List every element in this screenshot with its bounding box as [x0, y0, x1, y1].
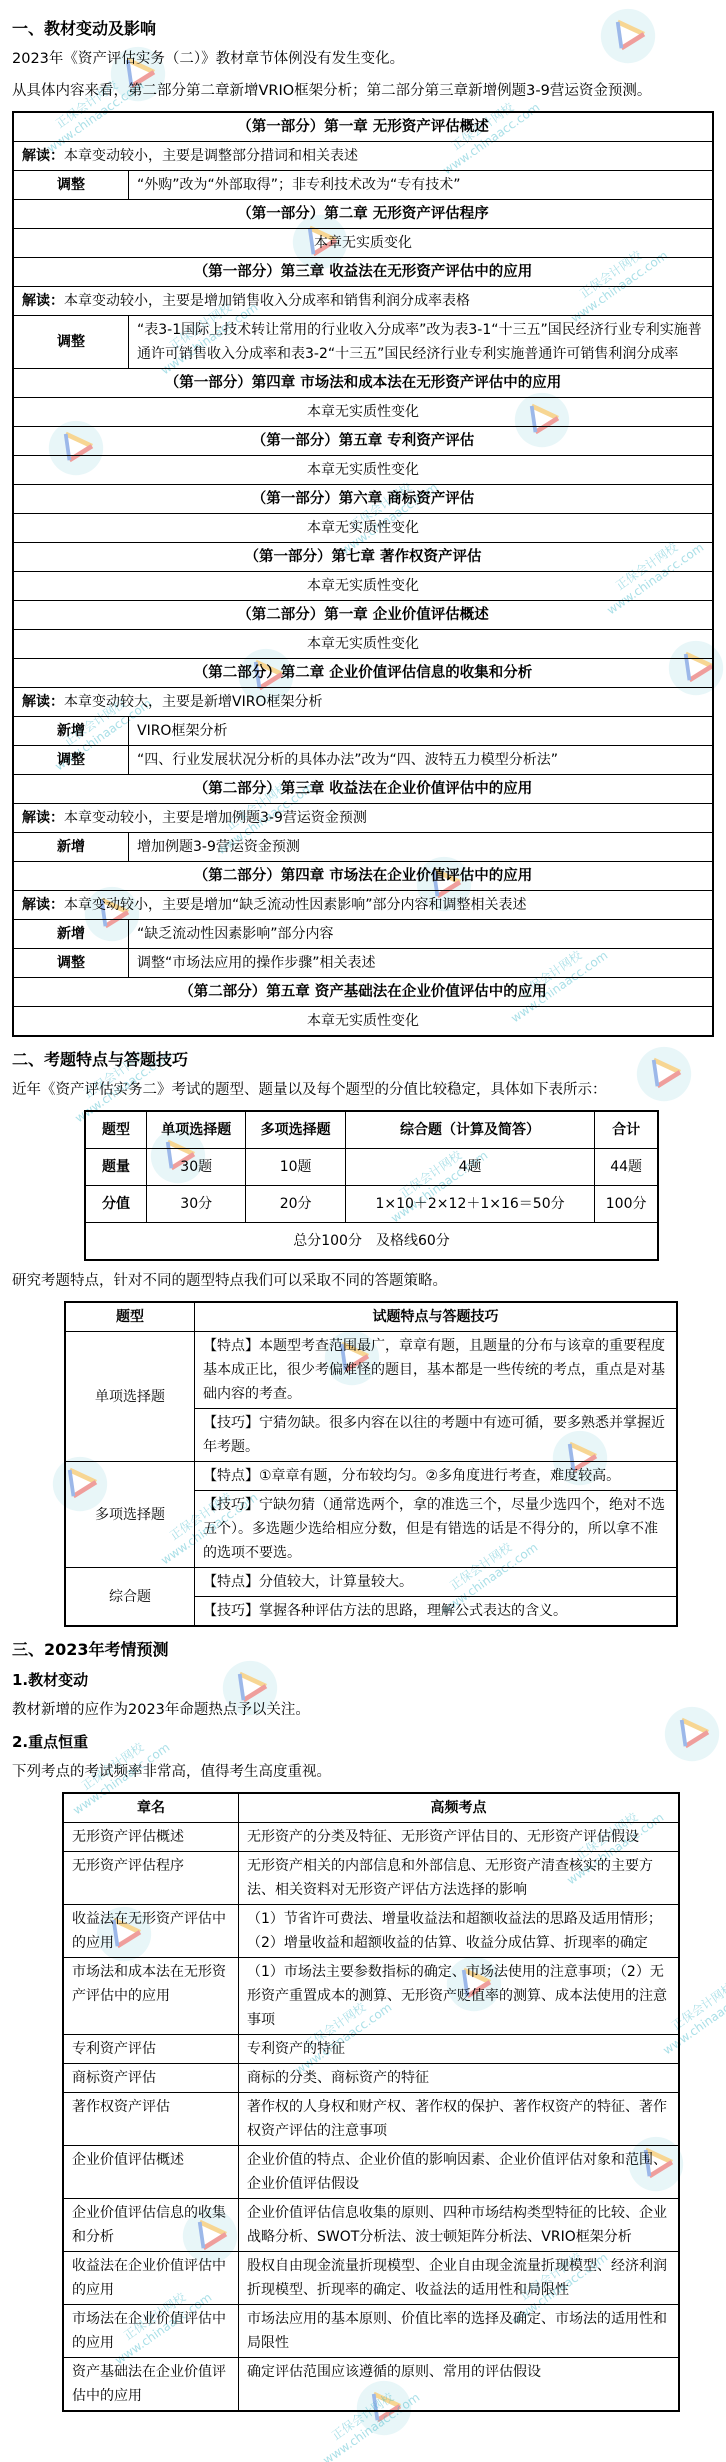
- interpretation-label: 解读：: [22, 293, 64, 309]
- chapter-name-cell: 企业价值评估信息的收集和分析: [63, 2199, 239, 2252]
- tips-header-cell: 题型: [65, 1302, 195, 1332]
- question-type-cell: 综合题: [65, 1568, 195, 1627]
- tips-content-cell: 【技巧】宁缺勿猜（通常选两个，拿的准选三个，尽量少选四个，绝对不选五个）。多选题…: [195, 1491, 678, 1568]
- score-row-label-cell: 分值: [85, 1186, 147, 1223]
- change-content-cell: “四、行业发展状况分析的具体办法”改为“四、波特五力模型分析法”: [129, 746, 714, 775]
- hot-header-cell: 高频考点: [239, 1793, 680, 1823]
- score-value-cell: 4题: [345, 1149, 594, 1186]
- hot-topic-row: 无形资产评估概述无形资产的分类及特征、无形资产评估目的、无形资产评估假设: [63, 1823, 679, 1852]
- score-header-cell: 多项选择题: [246, 1111, 345, 1149]
- interpretation-cell: 解读：本章变动较小，主要是增加“缺乏流动性因素影响”部分内容和调整相关表述: [13, 891, 713, 920]
- chapter-title-cell: （第一部分）第七章 著作权资产评估: [13, 543, 713, 572]
- no-change-row: 本章无实质性变化: [13, 572, 713, 601]
- score-value-cell: 30分: [147, 1186, 246, 1223]
- chapter-name-cell: 企业价值评估概述: [63, 2146, 239, 2199]
- change-content-cell: “外购”改为“外部取得”；非专利技术改为“专有技术”: [129, 171, 714, 200]
- change-type-cell: 新增: [13, 920, 129, 949]
- section3-title: 三、2023年考情预测: [12, 1637, 714, 1660]
- chapter-title-cell: （第一部分）第二章 无形资产评估程序: [13, 200, 713, 229]
- section2-paragraph-2: 研究考题特点，针对不同的题型特点我们可以采取不同的答题策略。: [12, 1269, 714, 1293]
- exam-structure-table: 题型单项选择题多项选择题综合题（计算及简答）合计题量30题10题4题44题分值3…: [84, 1110, 659, 1261]
- change-type-cell: 新增: [13, 833, 129, 862]
- hot-topic-row: 收益法在无形资产评估中的应用（1）节省许可费法、增量收益法和超额收益法的思路及适…: [63, 1905, 679, 1958]
- chapter-heading-row: （第一部分）第四章 市场法和成本法在无形资产评估中的应用: [13, 369, 713, 398]
- interpretation-row: 解读：本章变动较小，主要是增加“缺乏流动性因素影响”部分内容和调整相关表述: [13, 891, 713, 920]
- score-header-cell: 题型: [85, 1111, 147, 1149]
- score-value-cell: 100分: [595, 1186, 658, 1223]
- tips-content-cell: 【特点】①章章有题，分布较均匀。②多角度进行考查，难度较高。: [195, 1462, 678, 1491]
- score-value-cell: 44题: [595, 1149, 658, 1186]
- chapter-heading-row: （第二部分）第四章 市场法在企业价值评估中的应用: [13, 862, 713, 891]
- change-content-cell: “表3-1国际上技术转让常用的行业收入分成率”改为表3-1“十三五”国民经济行业…: [129, 316, 714, 369]
- textbook-change-table: （第一部分）第一章 无形资产评估概述解读：本章变动较小，主要是调整部分措词和相关…: [12, 111, 714, 1037]
- score-value-cell: 1×10＋2×12＋1×16＝50分: [345, 1186, 594, 1223]
- hot-header-row: 章名高频考点: [63, 1793, 679, 1823]
- chapter-name-cell: 收益法在企业价值评估中的应用: [63, 2252, 239, 2305]
- hot-points-cell: 股权自由现金流量折现模型、企业自由现金流量折现模型、经济利润折现模型、折现率的确…: [239, 2252, 680, 2305]
- chapter-name-cell: 著作权资产评估: [63, 2093, 239, 2146]
- interpretation-cell: 解读：本章变动较小，主要是增加销售收入分成率和销售利润分成率表格: [13, 287, 713, 316]
- no-change-cell: 本章无实质性变化: [13, 572, 713, 601]
- chapter-title-cell: （第一部分）第五章 专利资产评估: [13, 427, 713, 456]
- hot-topic-row: 专利资产评估专利资产的特征: [63, 2035, 679, 2064]
- hot-points-cell: 无形资产的分类及特征、无形资产评估目的、无形资产评估假设: [239, 1823, 680, 1852]
- score-header-cell: 合计: [595, 1111, 658, 1149]
- hot-topic-row: 著作权资产评估著作权的人身权和财产权、著作权的保护、著作权资产的特征、著作权资产…: [63, 2093, 679, 2146]
- hot-points-cell: （1）节省许可费法、增量收益法和超额收益法的思路及适用情形；（2）增量收益和超额…: [239, 1905, 680, 1958]
- no-change-row: 本章无实质性变化: [13, 456, 713, 485]
- change-detail-row: 新增VIRO框架分析: [13, 717, 713, 746]
- no-change-row: 本章无实质性变化: [13, 630, 713, 659]
- interpretation-row: 解读：本章变动较小，主要是调整部分措词和相关表述: [13, 142, 713, 171]
- interpretation-label: 解读：: [22, 148, 64, 164]
- hot-points-cell: （1）市场法主要参数指标的确定、市场法使用的注意事项；（2）无形资产重置成本的测…: [239, 1958, 680, 2035]
- section3-subtitle-1: 1.教材变动: [12, 1669, 714, 1690]
- change-content-cell: 增加例题3-9营运资金预测: [129, 833, 714, 862]
- hot-points-cell: 无形资产相关的内部信息和外部信息、无形资产清查核实的主要方法、相关资料对无形资产…: [239, 1852, 680, 1905]
- question-type-cell: 多项选择题: [65, 1462, 195, 1568]
- chapter-heading-row: （第二部分）第一章 企业价值评估概述: [13, 601, 713, 630]
- no-change-row: 本章无实质变化: [13, 229, 713, 258]
- interpretation-row: 解读：本章变动较小，主要是增加销售收入分成率和销售利润分成率表格: [13, 287, 713, 316]
- score-data-row: 题量30题10题4题44题: [85, 1149, 658, 1186]
- chapter-name-cell: 资产基础法在企业价值评估中的应用: [63, 2358, 239, 2412]
- tips-content-cell: 【特点】分值较大，计算量较大。: [195, 1568, 678, 1597]
- section2-paragraph-1: 近年《资产评估实务二》考试的题型、题量以及每个题型的分值比较稳定，具体如下表所示…: [12, 1078, 714, 1102]
- chapter-heading-row: （第一部分）第三章 收益法在无形资产评估中的应用: [13, 258, 713, 287]
- no-change-cell: 本章无实质性变化: [13, 456, 713, 485]
- no-change-row: 本章无实质性变化: [13, 1007, 713, 1037]
- score-value-cell: 10题: [246, 1149, 345, 1186]
- hot-topic-row: 企业价值评估信息的收集和分析企业价值评估信息收集的原则、四种市场结构类型特征的比…: [63, 2199, 679, 2252]
- hot-topic-row: 市场法在企业价值评估中的应用市场法应用的基本原则、价值比率的选择及确定、市场法的…: [63, 2305, 679, 2358]
- interpretation-cell: 解读：本章变动较小，主要是增加例题3-9营运资金预测: [13, 804, 713, 833]
- chapter-heading-row: （第一部分）第七章 著作权资产评估: [13, 543, 713, 572]
- interpretation-cell: 解读：本章变动较小，主要是调整部分措词和相关表述: [13, 142, 713, 171]
- tips-row: 单项选择题【特点】本题型考查范围最广，章章有题，且题量的分布与该章的重要程度基本…: [65, 1332, 677, 1409]
- change-type-cell: 调整: [13, 746, 129, 775]
- no-change-cell: 本章无实质性变化: [13, 630, 713, 659]
- section1-title: 一、教材变动及影响: [12, 16, 714, 39]
- section2-title: 二、考题特点与答题技巧: [12, 1047, 714, 1070]
- section1-paragraph-1: 2023年《资产评估实务（二）》教材章节体例没有发生变化。: [12, 47, 714, 71]
- hot-points-cell: 专利资产的特征: [239, 2035, 680, 2064]
- document-page: 一、教材变动及影响 2023年《资产评估实务（二）》教材章节体例没有发生变化。 …: [0, 0, 726, 2432]
- chapter-title-cell: （第二部分）第一章 企业价值评估概述: [13, 601, 713, 630]
- change-type-cell: 调整: [13, 171, 129, 200]
- change-detail-row: 新增增加例题3-9营运资金预测: [13, 833, 713, 862]
- change-detail-row: 调整“四、行业发展状况分析的具体办法”改为“四、波特五力模型分析法”: [13, 746, 713, 775]
- hot-topic-row: 商标资产评估商标的分类、商标资产的特征: [63, 2064, 679, 2093]
- chapter-name-cell: 商标资产评估: [63, 2064, 239, 2093]
- hot-topic-row: 收益法在企业价值评估中的应用股权自由现金流量折现模型、企业自由现金流量折现模型、…: [63, 2252, 679, 2305]
- hot-topic-row: 资产基础法在企业价值评估中的应用确定评估范围应该遵循的原则、常用的评估假设: [63, 2358, 679, 2412]
- change-detail-row: 调整调整“市场法应用的操作步骤”相关表述: [13, 949, 713, 978]
- hot-topics-table: 章名高频考点无形资产评估概述无形资产的分类及特征、无形资产评估目的、无形资产评估…: [62, 1792, 680, 2412]
- tips-row: 多项选择题【特点】①章章有题，分布较均匀。②多角度进行考查，难度较高。: [65, 1462, 677, 1491]
- interpretation-label: 解读：: [22, 810, 64, 826]
- score-value-cell: 20分: [246, 1186, 345, 1223]
- chapter-title-cell: （第一部分）第六章 商标资产评估: [13, 485, 713, 514]
- no-change-row: 本章无实质性变化: [13, 398, 713, 427]
- interpretation-row: 解读：本章变动较小，主要是增加例题3-9营运资金预测: [13, 804, 713, 833]
- change-detail-row: 新增“缺乏流动性因素影响”部分内容: [13, 920, 713, 949]
- no-change-row: 本章无实质性变化: [13, 514, 713, 543]
- score-header-cell: 综合题（计算及简答）: [345, 1111, 594, 1149]
- interpretation-label: 解读：: [22, 897, 64, 913]
- hot-points-cell: 企业价值的特点、企业价值的影响因素、企业价值评估对象和范围、企业价值评估假设: [239, 2146, 680, 2199]
- change-content-cell: “缺乏流动性因素影响”部分内容: [129, 920, 714, 949]
- no-change-cell: 本章无实质性变化: [13, 1007, 713, 1037]
- chapter-title-cell: （第二部分）第三章 收益法在企业价值评估中的应用: [13, 775, 713, 804]
- question-type-cell: 单项选择题: [65, 1332, 195, 1462]
- score-data-row: 分值30分20分1×10＋2×12＋1×16＝50分100分: [85, 1186, 658, 1223]
- question-tips-table: 题型试题特点与答题技巧单项选择题【特点】本题型考查范围最广，章章有题，且题量的分…: [64, 1301, 678, 1627]
- chapter-heading-row: （第一部分）第二章 无形资产评估程序: [13, 200, 713, 229]
- hot-topic-row: 市场法和成本法在无形资产评估中的应用（1）市场法主要参数指标的确定、市场法使用的…: [63, 1958, 679, 2035]
- chapter-title-cell: （第一部分）第四章 市场法和成本法在无形资产评估中的应用: [13, 369, 713, 398]
- chapter-title-cell: （第二部分）第二章 企业价值评估信息的收集和分析: [13, 659, 713, 688]
- chapter-name-cell: 收益法在无形资产评估中的应用: [63, 1905, 239, 1958]
- hot-header-cell: 章名: [63, 1793, 239, 1823]
- chapter-title-cell: （第二部分）第四章 市场法在企业价值评估中的应用: [13, 862, 713, 891]
- hot-points-cell: 确定评估范围应该遵循的原则、常用的评估假设: [239, 2358, 680, 2412]
- chapter-name-cell: 无形资产评估概述: [63, 1823, 239, 1852]
- tips-content-cell: 【特点】本题型考查范围最广，章章有题，且题量的分布与该章的重要程度基本成正比，很…: [195, 1332, 678, 1409]
- score-footer-cell: 总分100分 及格线60分: [85, 1223, 658, 1261]
- interpretation-label: 解读：: [22, 694, 64, 710]
- chapter-title-cell: （第一部分）第一章 无形资产评估概述: [13, 112, 713, 142]
- hot-points-cell: 企业价值评估信息收集的原则、四种市场结构类型特征的比较、企业战略分析、SWOT分…: [239, 2199, 680, 2252]
- section3-paragraph-1: 教材新增的应作为2023年命题热点予以关注。: [12, 1698, 714, 1722]
- section3-paragraph-2: 下列考点的考试频率非常高，值得考生高度重视。: [12, 1760, 714, 1784]
- chapter-heading-row: （第一部分）第六章 商标资产评估: [13, 485, 713, 514]
- chapter-name-cell: 市场法和成本法在无形资产评估中的应用: [63, 1958, 239, 2035]
- section3-subtitle-2: 2.重点恒重: [12, 1731, 714, 1752]
- chapter-title-cell: （第一部分）第三章 收益法在无形资产评估中的应用: [13, 258, 713, 287]
- score-row-label-cell: 题量: [85, 1149, 147, 1186]
- score-footer-row: 总分100分 及格线60分: [85, 1223, 658, 1261]
- no-change-cell: 本章无实质变化: [13, 229, 713, 258]
- no-change-cell: 本章无实质性变化: [13, 398, 713, 427]
- change-detail-row: 调整“外购”改为“外部取得”；非专利技术改为“专有技术”: [13, 171, 713, 200]
- score-header-row: 题型单项选择题多项选择题综合题（计算及简答）合计: [85, 1111, 658, 1149]
- hot-topic-row: 企业价值评估概述企业价值的特点、企业价值的影响因素、企业价值评估对象和范围、企业…: [63, 2146, 679, 2199]
- tips-content-cell: 【技巧】掌握各种评估方法的思路，理解公式表达的含义。: [195, 1597, 678, 1627]
- tips-header-cell: 试题特点与答题技巧: [195, 1302, 678, 1332]
- tips-header-row: 题型试题特点与答题技巧: [65, 1302, 677, 1332]
- chapter-heading-row: （第一部分）第一章 无形资产评估概述: [13, 112, 713, 142]
- chapter-name-cell: 无形资产评估程序: [63, 1852, 239, 1905]
- chapter-name-cell: 市场法在企业价值评估中的应用: [63, 2305, 239, 2358]
- chapter-heading-row: （第一部分）第五章 专利资产评估: [13, 427, 713, 456]
- change-content-cell: VIRO框架分析: [129, 717, 714, 746]
- chapter-title-cell: （第二部分）第五章 资产基础法在企业价值评估中的应用: [13, 978, 713, 1007]
- section1-paragraph-2: 从具体内容来看，第二部分第二章新增VRIO框架分析；第二部分第三章新增例题3-9…: [12, 79, 714, 103]
- chapter-heading-row: （第二部分）第二章 企业价值评估信息的收集和分析: [13, 659, 713, 688]
- change-detail-row: 调整“表3-1国际上技术转让常用的行业收入分成率”改为表3-1“十三五”国民经济…: [13, 316, 713, 369]
- interpretation-cell: 解读：本章变动较大，主要是新增VIRO框架分析: [13, 688, 713, 717]
- hot-topic-row: 无形资产评估程序无形资产相关的内部信息和外部信息、无形资产清查核实的主要方法、相…: [63, 1852, 679, 1905]
- interpretation-row: 解读：本章变动较大，主要是新增VIRO框架分析: [13, 688, 713, 717]
- hot-points-cell: 著作权的人身权和财产权、著作权的保护、著作权资产的特征、著作权资产评估的注意事项: [239, 2093, 680, 2146]
- change-content-cell: 调整“市场法应用的操作步骤”相关表述: [129, 949, 714, 978]
- hot-points-cell: 商标的分类、商标资产的特征: [239, 2064, 680, 2093]
- change-type-cell: 调整: [13, 316, 129, 369]
- change-type-cell: 新增: [13, 717, 129, 746]
- tips-content-cell: 【技巧】宁猜勿缺。很多内容在以往的考题中有迹可循，要多熟悉并掌握近年考题。: [195, 1409, 678, 1462]
- score-value-cell: 30题: [147, 1149, 246, 1186]
- score-header-cell: 单项选择题: [147, 1111, 246, 1149]
- hot-points-cell: 市场法应用的基本原则、价值比率的选择及确定、市场法的适用性和局限性: [239, 2305, 680, 2358]
- tips-row: 综合题【特点】分值较大，计算量较大。: [65, 1568, 677, 1597]
- chapter-heading-row: （第二部分）第三章 收益法在企业价值评估中的应用: [13, 775, 713, 804]
- chapter-name-cell: 专利资产评估: [63, 2035, 239, 2064]
- no-change-cell: 本章无实质性变化: [13, 514, 713, 543]
- chapter-heading-row: （第二部分）第五章 资产基础法在企业价值评估中的应用: [13, 978, 713, 1007]
- change-type-cell: 调整: [13, 949, 129, 978]
